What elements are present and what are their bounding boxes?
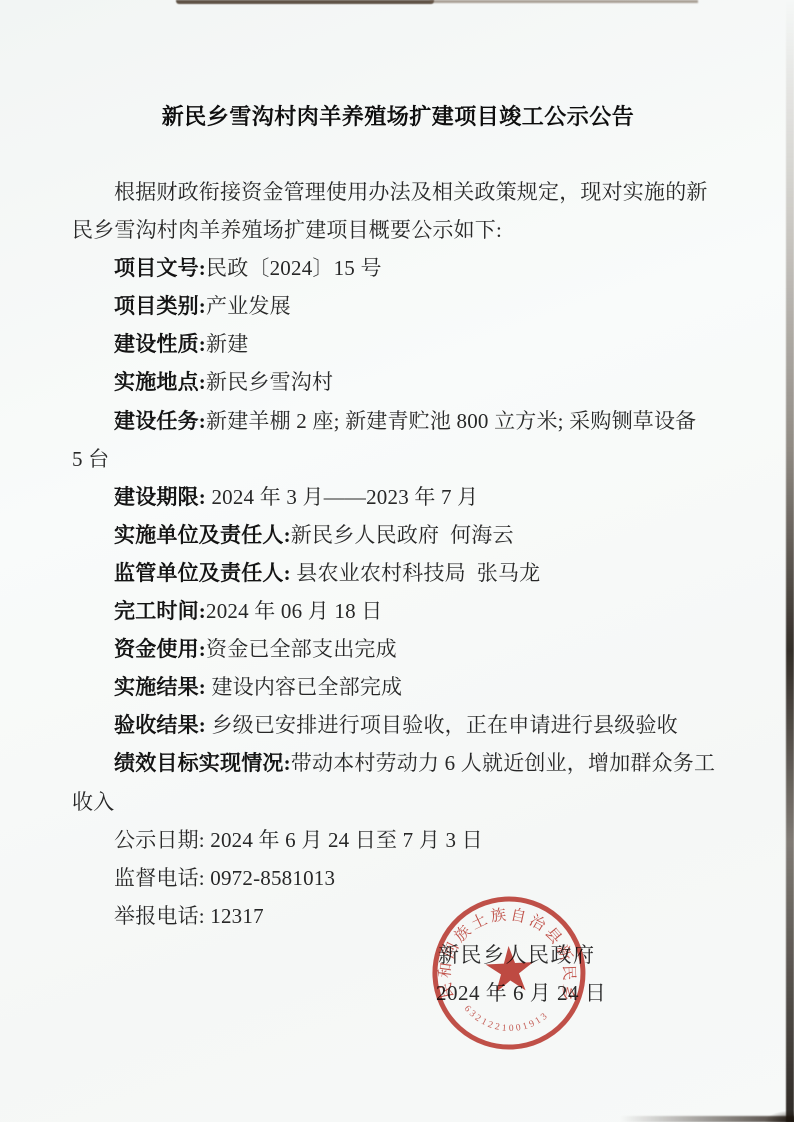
scan-right-edge-shadow (786, 0, 794, 1122)
document-line: 举报电话: 12317 (72, 897, 724, 935)
field-label: 建设任务: (114, 409, 206, 433)
field-value: 民政〔2024〕15 号 (206, 256, 382, 280)
field-label: 项目文号: (114, 256, 206, 280)
field-value: 带动本村劳动力 6 人就近创业，增加群众务工 (291, 751, 715, 775)
document-line: 验收结果: 乡级已安排进行项目验收，正在申请进行县级验收 (72, 706, 724, 744)
document-content: 新民乡雪沟村肉羊养殖场扩建项目竣工公示公告 根据财政衔接资金管理使用办法及相关政… (72, 98, 724, 935)
field-value: 新建羊棚 2 座; 新建青贮池 800 立方米; 采购铡草设备 (206, 409, 696, 433)
field-label: 完工时间: (114, 599, 206, 623)
scan-top-edge-artifact-faint (430, 0, 698, 3)
field-value: 资金已全部支出完成 (206, 637, 397, 661)
document-line: 监管单位及责任人: 县农业农村科技局 张马龙 (72, 554, 724, 592)
document-line: 建设性质:新建 (72, 325, 724, 363)
field-value: 新建 (206, 332, 248, 356)
field-value: 2024 年 3 月——2023 年 7 月 (206, 485, 478, 509)
field-value: 新民乡人民政府 何海云 (291, 523, 514, 547)
document-line: 建设期限: 2024 年 3 月——2023 年 7 月 (72, 478, 724, 516)
field-label: 实施结果: (114, 675, 206, 699)
document-line: 根据财政衔接资金管理使用办法及相关政策规定，现对实施的新 (72, 173, 724, 211)
field-label: 实施地点: (114, 370, 206, 394)
field-label: 监管单位及责任人: (114, 561, 291, 585)
seal-arc-text: 民和回族土族自治县新民乡人民政府 (409, 873, 580, 1014)
field-value: 监督电话: 0972-8581013 (114, 866, 335, 890)
field-value: 新民乡雪沟村 (206, 370, 333, 394)
field-value: 根据财政衔接资金管理使用办法及相关政策规定，现对实施的新 (114, 180, 708, 204)
document-line: 收入 (72, 783, 724, 821)
scan-bottom-corner-shadow (764, 1110, 794, 1122)
field-label: 项目类别: (114, 294, 206, 318)
seal-code: 6321221001913 (461, 1000, 552, 1037)
field-value: 民乡雪沟村肉羊养殖场扩建项目概要公示如下: (72, 218, 502, 242)
document-line: 监督电话: 0972-8581013 (72, 859, 724, 897)
document-line: 实施结果: 建设内容已全部完成 (72, 668, 724, 706)
page-title: 新民乡雪沟村肉羊养殖场扩建项目竣工公示公告 (72, 98, 724, 136)
field-value: 5 台 (72, 447, 109, 471)
field-value: 举报电话: 12317 (114, 904, 264, 928)
document-line: 项目文号:民政〔2024〕15 号 (72, 249, 724, 287)
field-label: 建设性质: (114, 332, 206, 356)
field-value: 建设内容已全部完成 (206, 675, 402, 699)
field-value: 县农业农村科技局 张马龙 (291, 561, 541, 585)
field-value: 产业发展 (206, 294, 291, 318)
document-line: 实施地点:新民乡雪沟村 (72, 363, 724, 401)
field-label: 资金使用: (114, 637, 206, 661)
seal-star-icon (485, 945, 535, 993)
field-value: 2024 年 06 月 18 日 (206, 599, 382, 623)
document-line: 实施单位及责任人:新民乡人民政府 何海云 (72, 516, 724, 554)
field-value: 收入 (72, 790, 114, 814)
field-label: 实施单位及责任人: (114, 523, 291, 547)
field-value: 公示日期: 2024 年 6 月 24 日至 7 月 3 日 (114, 828, 483, 852)
document-line: 民乡雪沟村肉羊养殖场扩建项目概要公示如下: (72, 211, 724, 249)
document-line: 绩效目标实现情况:带动本村劳动力 6 人就近创业，增加群众务工 (72, 744, 724, 782)
scan-top-edge-artifact (176, 0, 434, 4)
document-body: 根据财政衔接资金管理使用办法及相关政策规定，现对实施的新民乡雪沟村肉羊养殖场扩建… (72, 173, 724, 935)
document-line: 项目类别:产业发展 (72, 287, 724, 325)
field-label: 绩效目标实现情况: (114, 751, 291, 775)
field-value: 乡级已安排进行项目验收，正在申请进行县级验收 (206, 713, 678, 737)
document-line: 完工时间:2024 年 06 月 18 日 (72, 592, 724, 630)
field-label: 验收结果: (114, 713, 206, 737)
field-label: 建设期限: (114, 485, 206, 509)
document-line: 公示日期: 2024 年 6 月 24 日至 7 月 3 日 (72, 821, 724, 859)
document-line: 建设任务:新建羊棚 2 座; 新建青贮池 800 立方米; 采购铡草设备 (72, 402, 724, 440)
scanned-announcement-page: 新民乡雪沟村肉羊养殖场扩建项目竣工公示公告 根据财政衔接资金管理使用办法及相关政… (0, 0, 794, 1122)
document-line: 5 台 (72, 440, 724, 478)
document-line: 资金使用:资金已全部支出完成 (72, 630, 724, 668)
official-seal: 民和回族土族自治县新民乡人民政府 6321221001913 (409, 873, 611, 1075)
